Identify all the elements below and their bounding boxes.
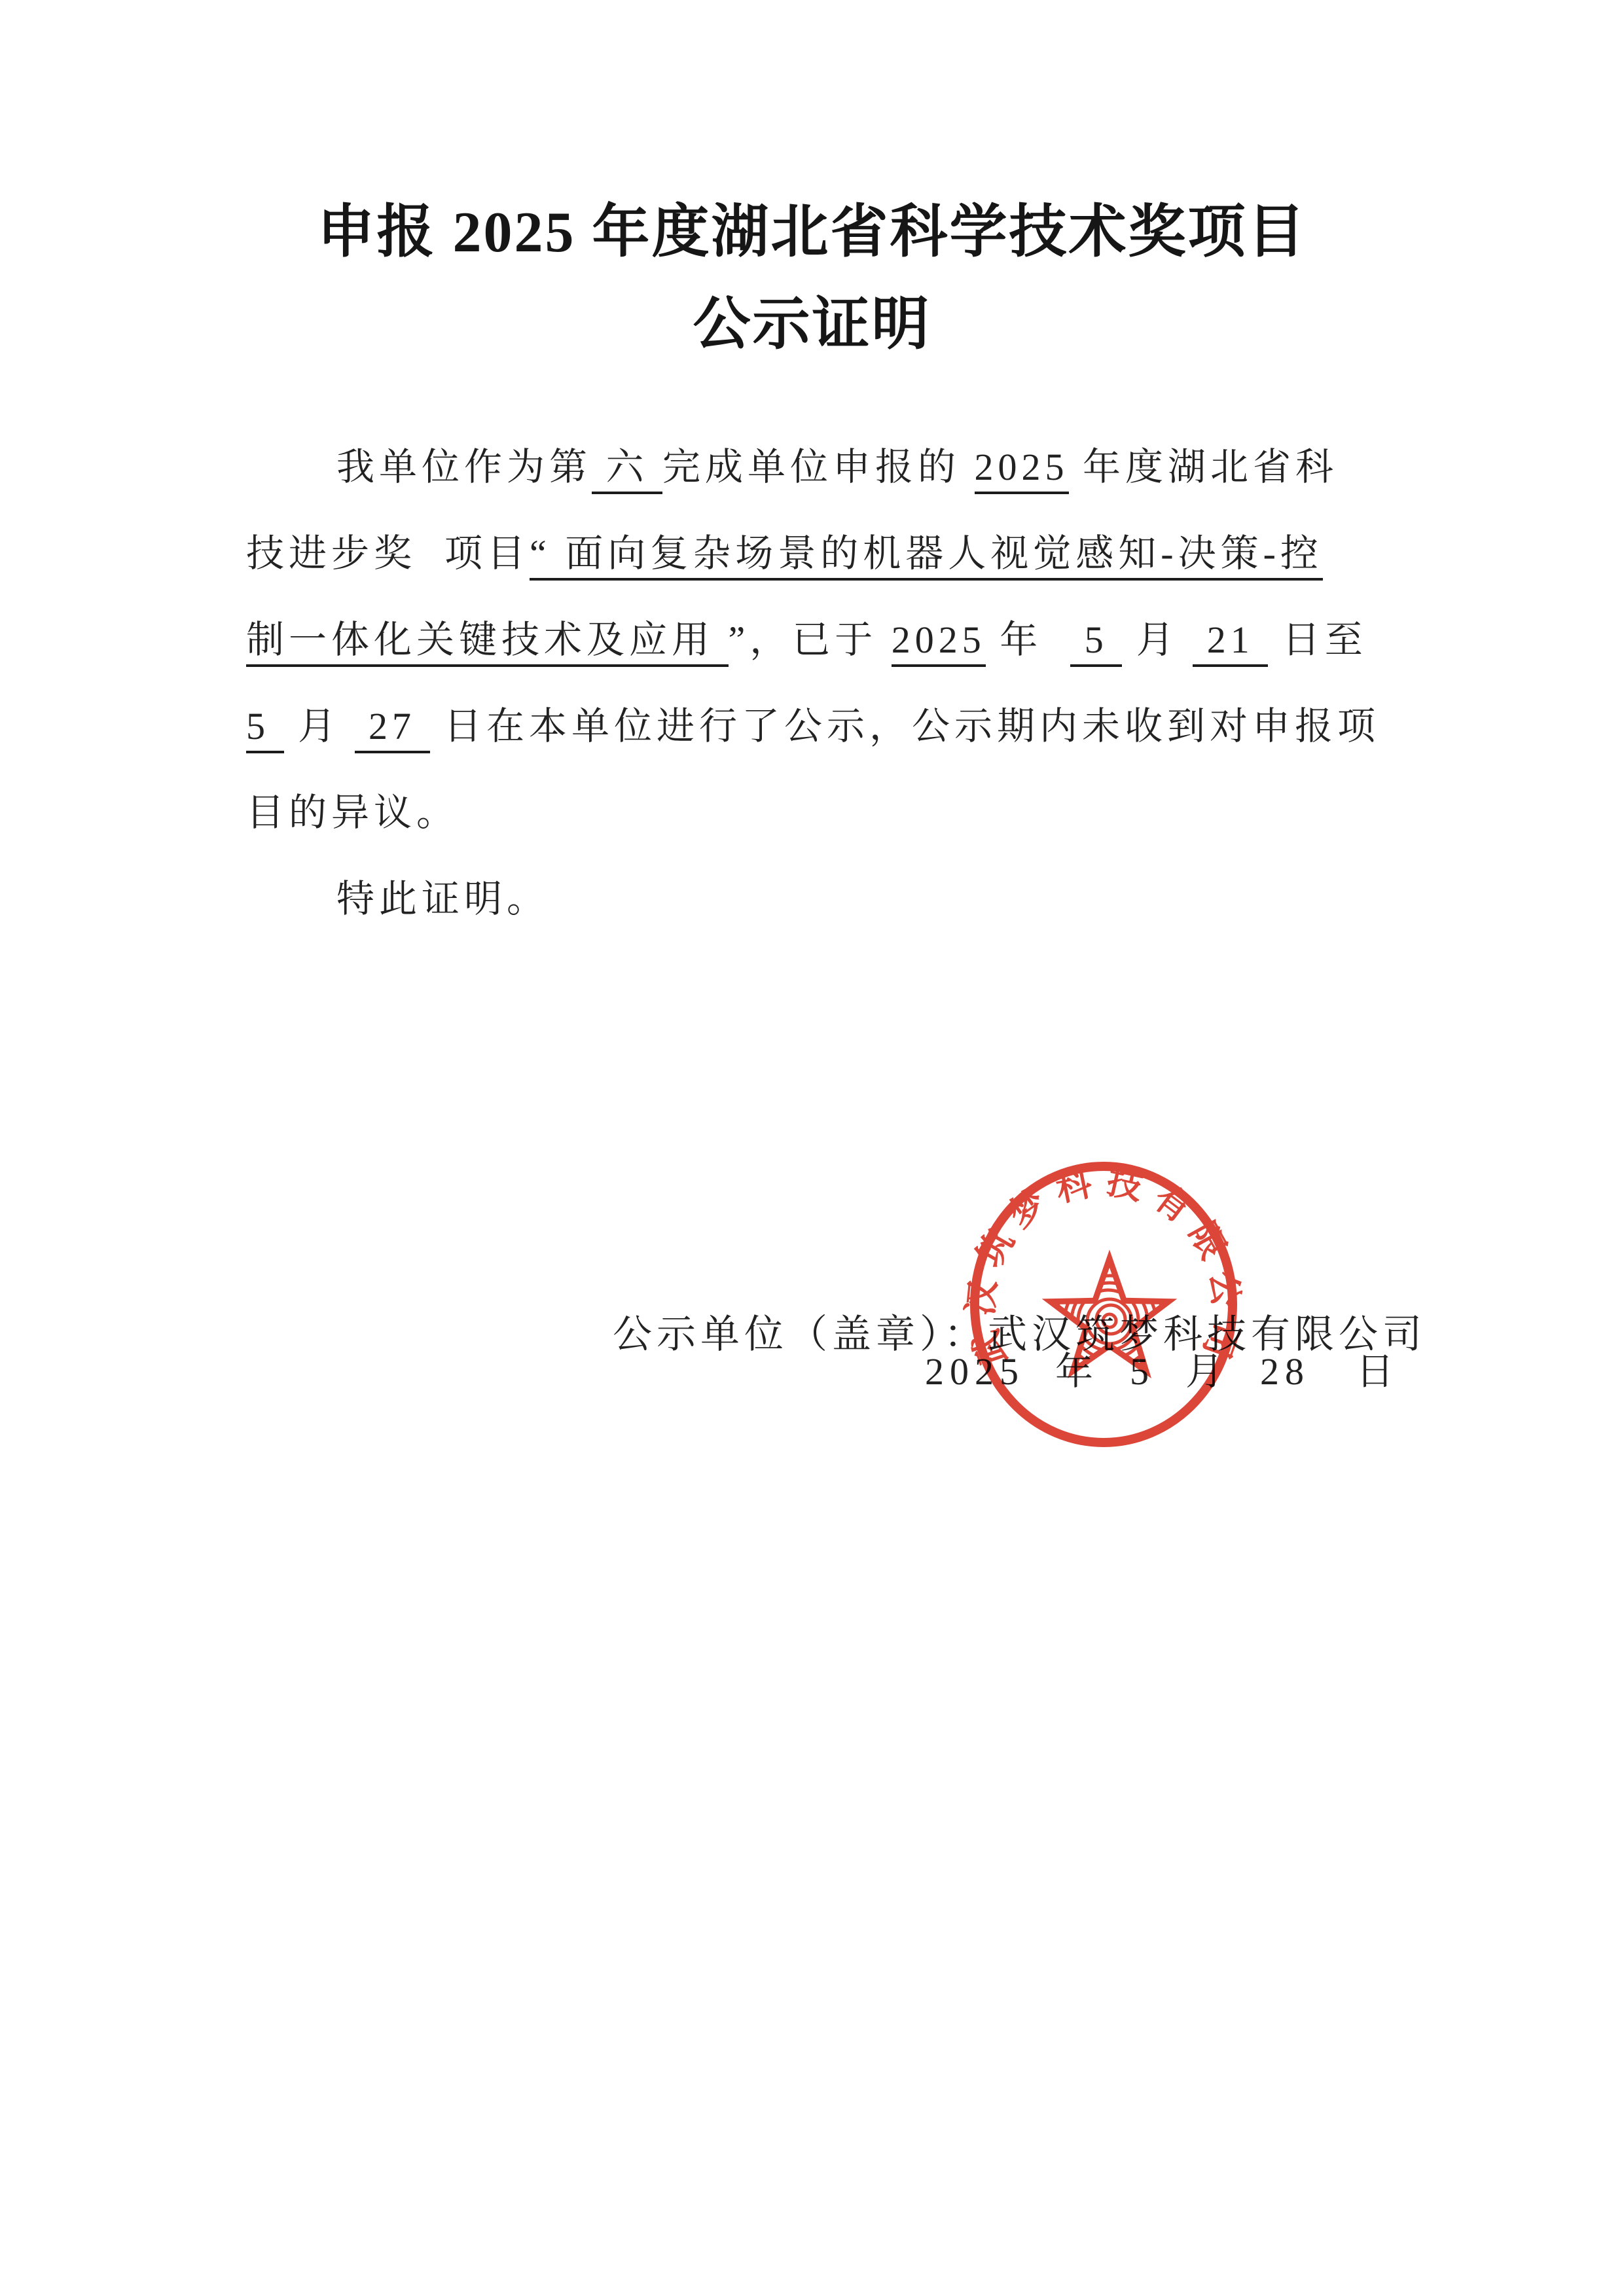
underlined-blank-value: 5 [1070,619,1122,667]
body-line: 我单位作为第 六 完成单位申报的 2025 年度湖北省科 [246,424,1388,511]
body-text-segment: ”，已于 [729,619,892,661]
body-text-segment: 日至 [1268,619,1367,661]
body-line: 技进步奖 项目“ 面向复杂场景的机器人视觉感知-决策-控 [246,511,1388,597]
body-line: 目的异议。 [246,770,1388,856]
body-text-segment: 年度湖北省科 [1069,446,1339,488]
body-text-segment: 技进步奖 项目 [246,532,530,575]
title-line-2: 公示证明 [0,279,1624,371]
certificate-page: 申报 2025 年度湖北省科学技术奖项目 公示证明 我单位作为第 六 完成单位申… [0,0,1624,2296]
body-text-segment: 完成单位申报的 [662,446,975,488]
body-text-segment: 日在本单位进行了公示，公示期内未收到对申报项 [430,705,1380,747]
underlined-blank-value: 5 [246,705,284,753]
body-text-segment: 年 [986,619,1071,661]
document-title: 申报 2025 年度湖北省科学技术奖项目 公示证明 [0,187,1624,371]
body-line: 特此证明。 [246,856,1388,942]
body-text-segment: 我单位作为第 [336,446,592,488]
date-line: 2025 年 5 月 28 日 [925,1340,1400,1395]
underlined-blank-value: 2025 [892,619,986,667]
underlined-blank-value: 27 [355,705,430,753]
underlined-blank-value: 制一体化关键技术及应用 [246,619,729,667]
body-text-segment: 目的异议。 [246,791,459,834]
underlined-blank-value: 21 [1193,619,1268,667]
underlined-blank-value: 2025 [975,446,1069,494]
underlined-blank-value: “ 面向复杂场景的机器人视觉感知-决策-控 [530,532,1323,581]
body-line: 制一体化关键技术及应用 ”，已于 2025 年 5 月 21 日至 [246,597,1388,683]
body-text-segment: 月 [1122,619,1193,661]
underlined-blank-value: 六 [592,446,662,494]
body-line: 5 月 27 日在本单位进行了公示，公示期内未收到对申报项 [246,683,1388,770]
body-text-segment: 月 [284,705,355,747]
body-text-segment: 特此证明。 [336,878,549,920]
body-paragraph: 我单位作为第 六 完成单位申报的 2025 年度湖北省科技进步奖 项目“ 面向复… [246,424,1388,942]
title-line-1: 申报 2025 年度湖北省科学技术奖项目 [0,187,1624,279]
